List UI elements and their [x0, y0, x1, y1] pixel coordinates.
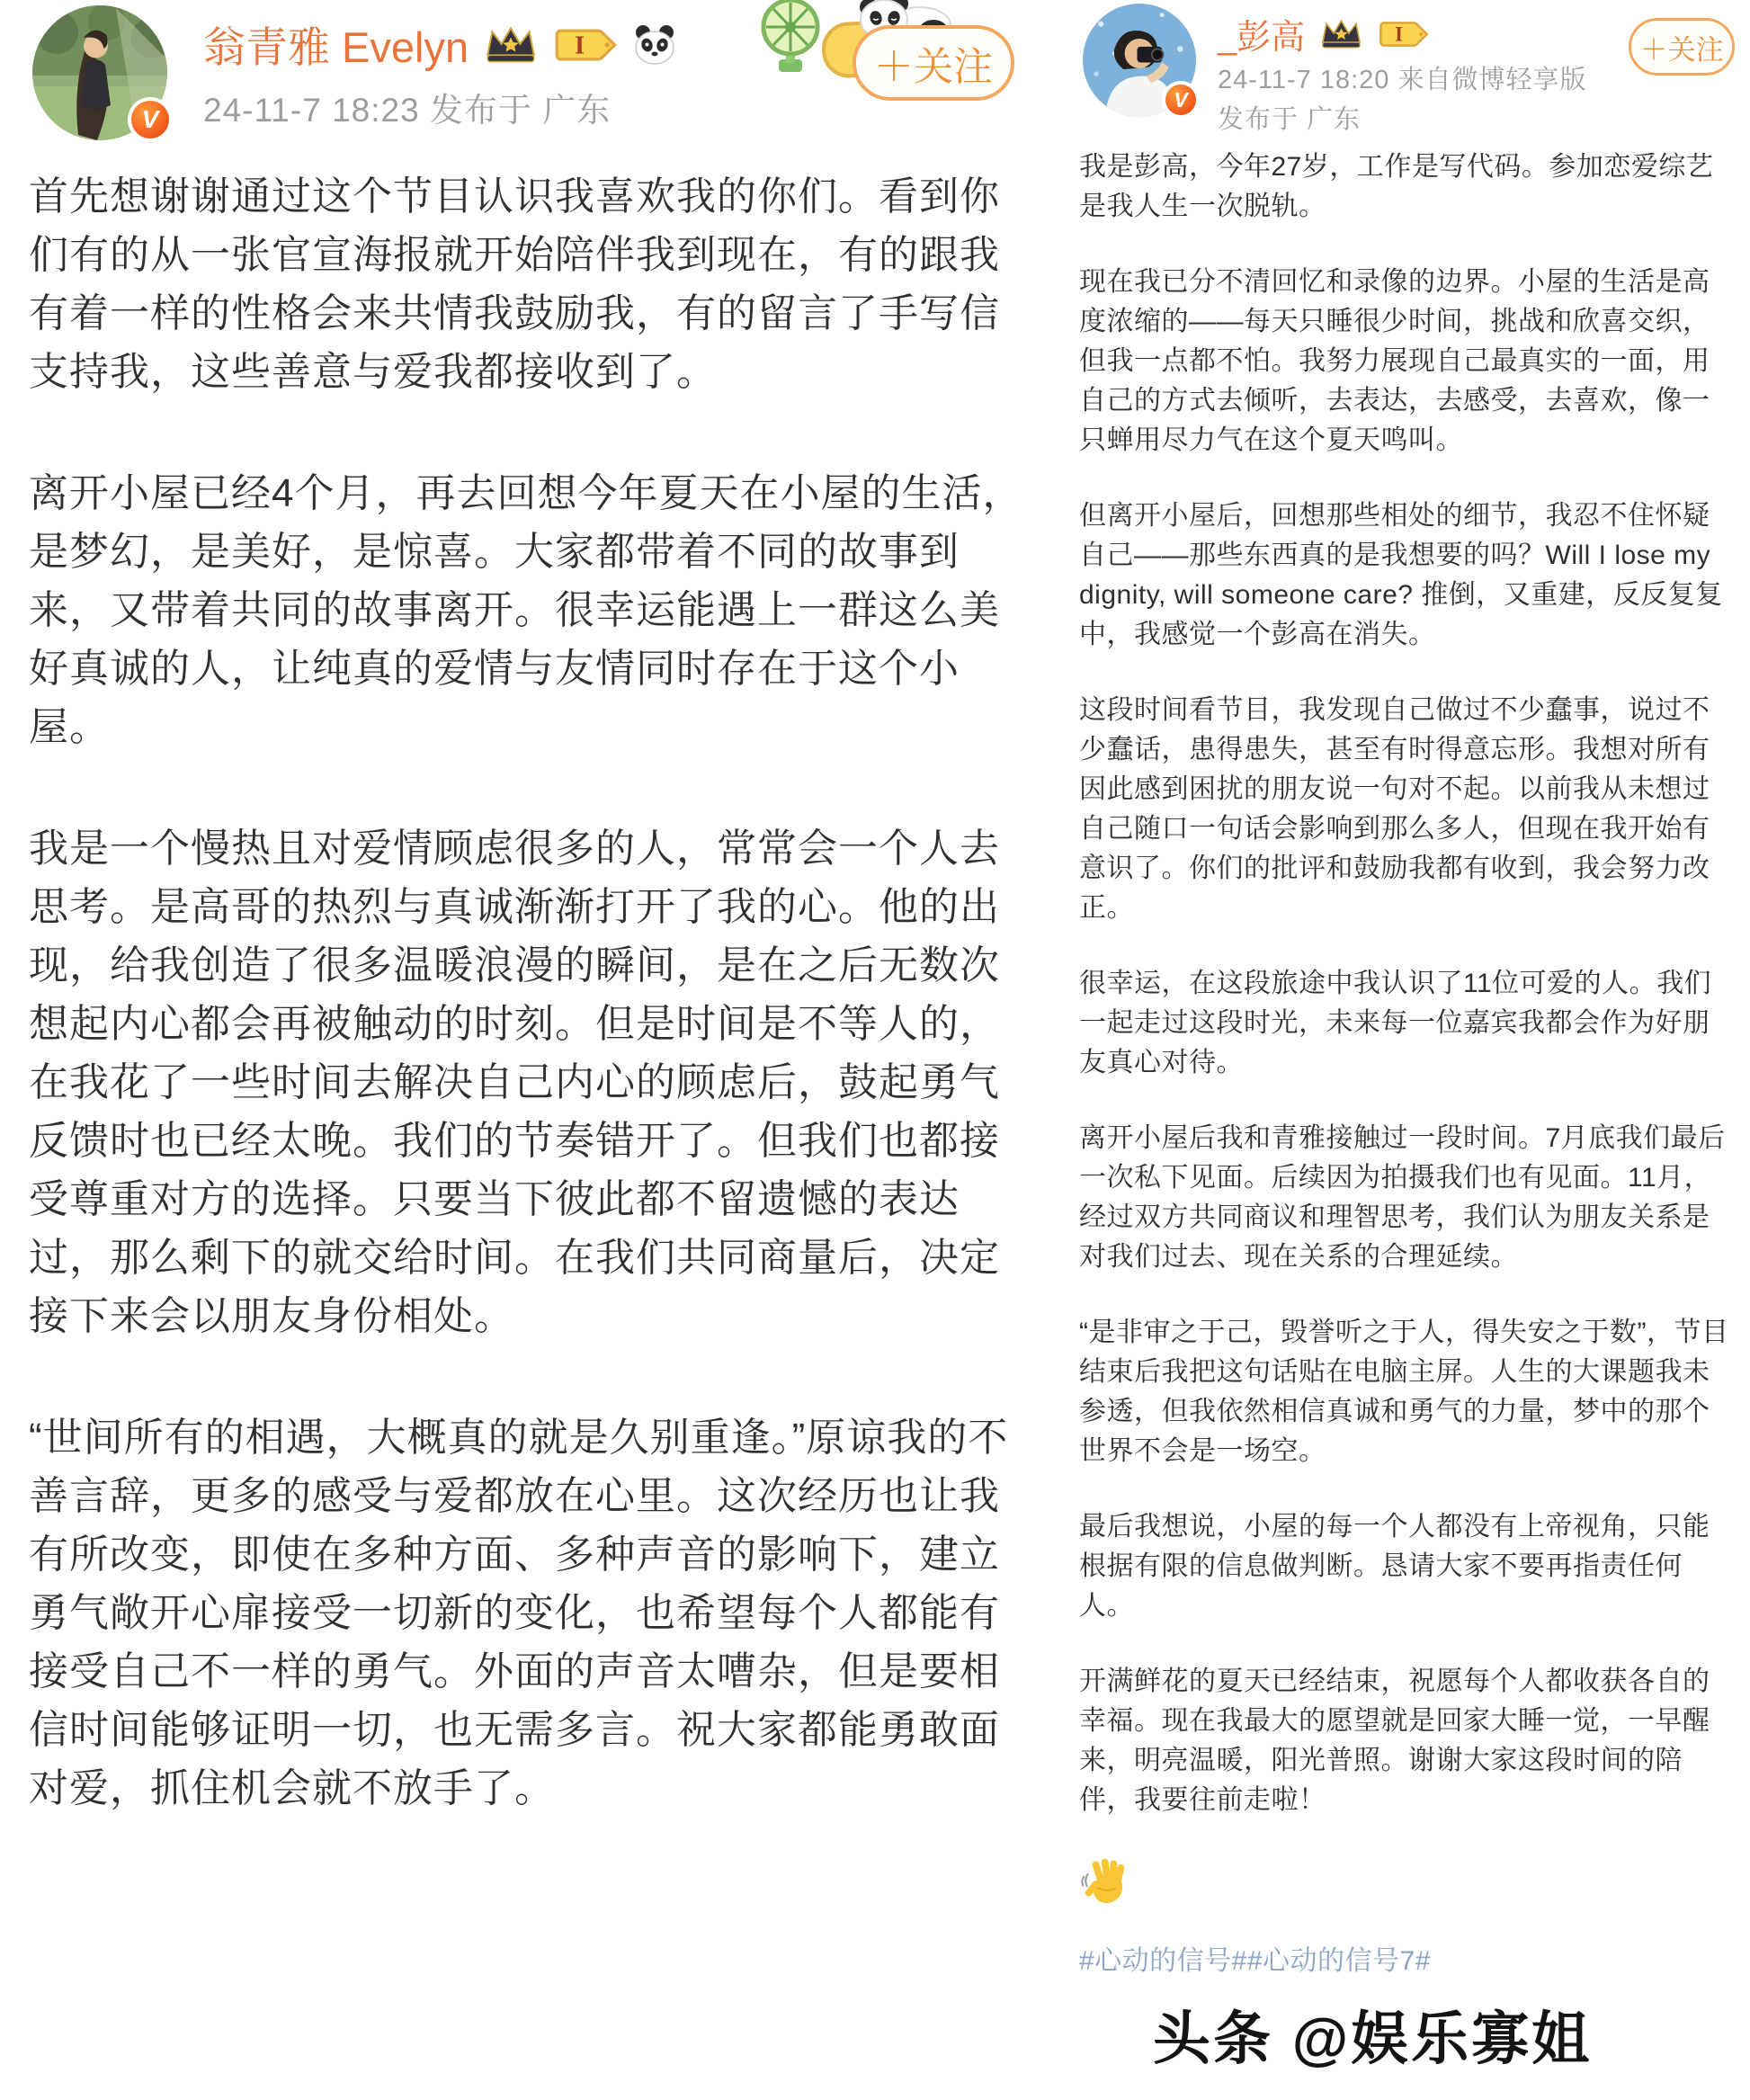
author-row-left: 翁青雅 Evelyn I [203, 14, 677, 75]
paragraph: 但离开小屋后，回想那些相处的细节，我忍不住怀疑自己——那些东西真的是我想要的吗？… [1079, 496, 1732, 655]
post-text-left: 首先想谢谢通过这个节目认识我喜欢我的你们。看到你们有的从一张官宣海报就开始陪伴我… [29, 167, 1023, 1881]
follow-button-left[interactable]: ＋关注 [853, 25, 1014, 101]
avatar-right[interactable]: V [1083, 4, 1196, 117]
panda-icon [632, 24, 677, 66]
paragraph: “世间所有的相遇，大概真的就是久别重逢。”原谅我的不善言辞，更多的感受与爱都放在… [29, 1408, 1023, 1818]
paragraph: 现在我已分不清回忆和录像的边界。小屋的生活是高度浓缩的——每天只睡很少时间，挑战… [1079, 263, 1732, 460]
paragraph: 首先想谢谢通过这个节目认识我喜欢我的你们。看到你们有的从一张官宣海报就开始陪伴我… [29, 167, 1023, 401]
post-left: V 翁青雅 Evelyn I [27, 0, 1025, 2100]
paragraph: 我是一个慢热且对爱情顾虑很多的人，常常会一个人去思考。是高哥的热烈与真诚渐渐打开… [29, 819, 1023, 1345]
paragraph: 这段时间看节目，我发现自己做过不少蠢事，说过不少蠢话，患得患失，甚至有时得意忘形… [1079, 691, 1732, 928]
post-meta-right-line1: 24-11-7 18:20 来自微博轻享版 [1218, 59, 1587, 96]
paragraph: 最后我想说，小屋的每一个人都没有上帝视角，只能根据有限的信息做判断。恳请大家不要… [1079, 1507, 1732, 1626]
verified-badge-left: V [128, 97, 173, 142]
post-text-right: 我是彭高，今年27岁，工作是写代码。参加恋爱综艺是我人生一次脱轨。 现在我已分不… [1079, 147, 1732, 2017]
paragraph: 开满鲜花的夏天已经结束，祝愿每个人都收获各自的幸福。现在我最大的愿望就是回家大睡… [1079, 1662, 1732, 1820]
avatar-left[interactable]: V [32, 5, 167, 140]
paragraph: 离开小屋已经4个月，再去回想今年夏天在小屋的生活，是梦幻，是美好，是惊喜。大家都… [29, 464, 1023, 756]
vip-crown-icon [481, 23, 540, 67]
paragraph: “是非审之于己，毁誉听之于人，得失安之于数”，节目结束后我把这句话贴在电脑主屏。… [1079, 1313, 1732, 1471]
fan [763, 0, 817, 72]
paragraph: 很幸运，在这段旅途中我认识了11位可爱的人。我们一起走过这段时光，未来每一位嘉宾… [1079, 964, 1732, 1083]
svg-text:I: I [1395, 22, 1403, 45]
author-name-left[interactable]: 翁青雅 Evelyn [203, 14, 469, 75]
post-meta-left: 24-11-7 18:23 发布于 广东 [203, 83, 611, 131]
author-row-right: _彭高 I [1218, 9, 1431, 58]
paragraph: 我是彭高，今年27岁，工作是写代码。参加恋爱综艺是我人生一次脱轨。 [1079, 147, 1732, 227]
watermark: 头条 @娱乐寡姐 [1153, 1993, 1592, 2076]
post-meta-right-line2: 发布于 广东 [1218, 99, 1361, 136]
vip-level-badge: I [553, 23, 620, 67]
hashtags-link[interactable]: #心动的信号##心动的信号7# [1079, 1942, 1732, 1981]
follow-button-right[interactable]: ＋关注 [1629, 18, 1735, 76]
wave-hand-icon [1079, 1856, 1732, 1918]
svg-text:I: I [575, 31, 585, 59]
paragraph: 离开小屋后我和青雅接触过一段时间。7月底我们最后一次私下见面。后续因为拍摄我们也… [1079, 1119, 1732, 1277]
author-name-right[interactable]: _彭高 [1218, 9, 1305, 58]
vip-level-badge: I [1378, 17, 1431, 51]
post-right: V _彭高 I 24-11-7 18:20 来自微博轻享版 发布于 广东 [1076, 0, 1734, 2100]
vip-crown-icon [1317, 17, 1365, 51]
verified-badge-right: V [1162, 81, 1200, 119]
